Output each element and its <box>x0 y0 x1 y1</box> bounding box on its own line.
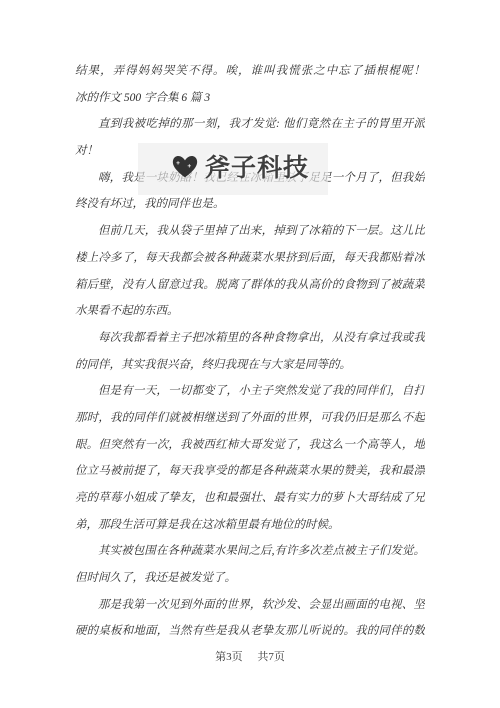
text-line: 的同伴，其实我很兴奋，终归我现在与大家是同等的。 <box>75 352 425 379</box>
text-line: 结果，弄得妈妈哭笑不得。唉，谁叫我慌张之中忘了插根棍呢！ <box>75 58 425 85</box>
text-line: 亮的草莓小姐成了挚友，也和最强壮、最有实力的萝卜大哥结成了兄 <box>75 485 425 512</box>
section-title: 冰的作文 500 字合集 6 篇 3 <box>75 85 425 112</box>
text-line: 硬的桌板和地面，当然有些是我从老挚友那儿听说的。我的同伴的数 <box>75 618 425 645</box>
text-line: 箱后壁，没有人留意过我。脱离了群体的我从高价的食物到了被蔬菜 <box>75 272 425 299</box>
watermark-brand-text: 斧子科技 <box>205 148 309 184</box>
text-line: 终没有坏过，我的同伴也是。 <box>75 191 425 218</box>
text-line: 那时，我的同伴们就被相继送到了外面的世界，可我仍旧是那么不起 <box>75 405 425 432</box>
text-line: 楼上冷多了，每天我都会被各种蔬菜水果挤到后面，每天我都贴着冰 <box>75 245 425 272</box>
text-line: 但是有一天，一切都变了，小主子突然发觉了我的同伴们，自打 <box>75 378 425 405</box>
svg-text:+: + <box>176 160 180 167</box>
text-line: 位立马被前提了，每天我享受的都是各种蔬菜水果的赞美，我和最漂 <box>75 458 425 485</box>
page-footer: 第3页 共7页 <box>0 648 500 664</box>
page-number: 第3页 <box>215 648 243 664</box>
text-line: 眼。但突然有一次，我被西红柿大哥发觉了，我这么一个高等人，地 <box>75 432 425 459</box>
text-line: 弟，那段生活可算是我在这冰箱里最有地位的时候。 <box>75 512 425 539</box>
watermark: + + 斧子科技 <box>170 148 309 184</box>
page-total: 共7页 <box>257 648 285 664</box>
text-line: 直到我被吃掉的那一刻，我才发觉: 他们竟然在主子的胃里开派 <box>75 111 425 138</box>
text-line: 那是我第一次见到外面的世界，软沙发、会显出画面的电视、坚 <box>75 592 425 619</box>
text-line: 但前几天，我从袋子里掉了出来，掉到了冰箱的下一层。这儿比 <box>75 218 425 245</box>
axe-heart-logo-icon: + + <box>170 152 200 180</box>
text-line: 水果看不起的东西。 <box>75 298 425 325</box>
text-line: 每次我都看着主子把冰箱里的各种食物拿出，从没有拿过我或我 <box>75 325 425 352</box>
svg-text:+: + <box>187 163 191 170</box>
text-line: 其实被包围在各种蔬菜水果间之后,有许多次差点被主子们发觉。 <box>75 538 425 565</box>
text-line: 但时间久了，我还是被发觉了。 <box>75 565 425 592</box>
document-page: 结果，弄得妈妈哭笑不得。唉，谁叫我慌张之中忘了插根棍呢！ 冰的作文 500 字合… <box>0 0 500 708</box>
